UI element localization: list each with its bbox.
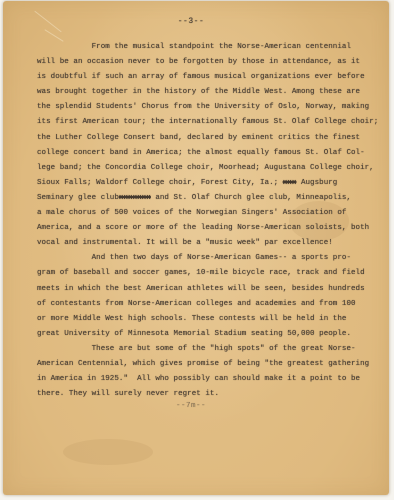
- text-line: there. They will surely never regret it.: [37, 387, 377, 402]
- text-segment: was brought together in the history of t…: [37, 88, 360, 96]
- text-line: is doubtful if such an array of famous m…: [37, 70, 377, 85]
- text-line: college concert band in America; the alm…: [37, 146, 377, 161]
- text-segment: American Centennial, which gives promise…: [37, 360, 369, 368]
- text-segment: will be an occasion never to be forgotte…: [37, 58, 360, 66]
- text-line: lege band; the Concordia College choir, …: [37, 161, 377, 176]
- text-line: Seminary glee clubxxxxxxx and St. Olaf C…: [37, 191, 377, 206]
- text-line: great University of Minnesota Memorial S…: [37, 327, 377, 342]
- text-line: or more Middle West high schools. These …: [37, 312, 377, 327]
- text-segment: is doubtful if such an array of famous m…: [37, 73, 365, 81]
- text-line: American Centennial, which gives promise…: [37, 357, 377, 372]
- text-segment: college concert band in America; the alm…: [37, 149, 365, 157]
- text-segment: America, and a score or more of the lead…: [37, 224, 369, 232]
- struck-out-text: xxx: [283, 179, 297, 187]
- text-segment: meets in which the best American athlete…: [37, 285, 365, 293]
- text-segment: there. They will surely never regret it.: [37, 390, 219, 398]
- text-line: the Luther College Consert band, declare…: [37, 131, 377, 146]
- text-segment: in America in 1925." All who possibly ca…: [37, 375, 360, 383]
- paper-stain: [63, 439, 153, 465]
- text-segment: and St. Olaf Church glee club, Minneapol…: [151, 194, 351, 202]
- text-segment: And then two days of Norse-American Game…: [37, 254, 351, 262]
- text-segment: From the musical standpoint the Norse-Am…: [37, 43, 351, 51]
- text-line: of contestants from Norse-American colle…: [37, 297, 377, 312]
- struck-out-text: xxxxxxx: [119, 194, 151, 202]
- text-segment: great University of Minnesota Memorial S…: [37, 330, 351, 338]
- text-line: in America in 1925." All who possibly ca…: [37, 372, 377, 387]
- text-line: the splendid Students' Chorus from the U…: [37, 100, 377, 115]
- text-line: a male chorus of 500 voices of the Norwe…: [37, 206, 377, 221]
- page-footer-mark: --7m--: [3, 402, 379, 410]
- text-segment: These are but some of the "high spots" o…: [37, 345, 356, 353]
- text-line: These are but some of the "high spots" o…: [37, 342, 377, 357]
- text-segment: lege band; the Concordia College choir, …: [37, 164, 374, 172]
- paper-sheet: --3-- From the musical standpoint the No…: [3, 1, 389, 495]
- text-line: And then two days of Norse-American Game…: [37, 251, 377, 266]
- text-line: From the musical standpoint the Norse-Am…: [37, 40, 377, 55]
- text-segment: the Luther College Consert band, declare…: [37, 134, 360, 142]
- scanned-document-page: --3-- From the musical standpoint the No…: [0, 0, 394, 500]
- text-segment: Augsburg: [296, 179, 337, 187]
- text-line: was brought together in the history of t…: [37, 85, 377, 100]
- text-segment: vocal and instrumental. It will be a "mu…: [37, 239, 333, 247]
- text-line: gram of baseball and soccer games, 10-mi…: [37, 266, 377, 281]
- text-line: America, and a score or more of the lead…: [37, 221, 377, 236]
- text-segment: its first American tour; the internation…: [37, 118, 378, 126]
- text-line: its first American tour; the internation…: [37, 115, 377, 130]
- text-segment: the splendid Students' Chorus from the U…: [37, 103, 369, 111]
- page-number-header: --3--: [3, 17, 379, 26]
- document-lines: From the musical standpoint the Norse-Am…: [37, 40, 377, 402]
- text-segment: Seminary glee club: [37, 194, 119, 202]
- text-line: Sioux Falls; Waldorf College choir, Fore…: [37, 176, 377, 191]
- text-line: will be an occasion never to be forgotte…: [37, 55, 377, 70]
- text-line: vocal and instrumental. It will be a "mu…: [37, 236, 377, 251]
- text-line: meets in which the best American athlete…: [37, 282, 377, 297]
- text-segment: Sioux Falls; Waldorf College choir, Fore…: [37, 179, 283, 187]
- text-segment: or more Middle West high schools. These …: [37, 315, 346, 323]
- text-segment: of contestants from Norse-American colle…: [37, 300, 356, 308]
- text-segment: gram of baseball and soccer games, 10-mi…: [37, 269, 365, 277]
- text-segment: a male chorus of 500 voices of the Norwe…: [37, 209, 346, 217]
